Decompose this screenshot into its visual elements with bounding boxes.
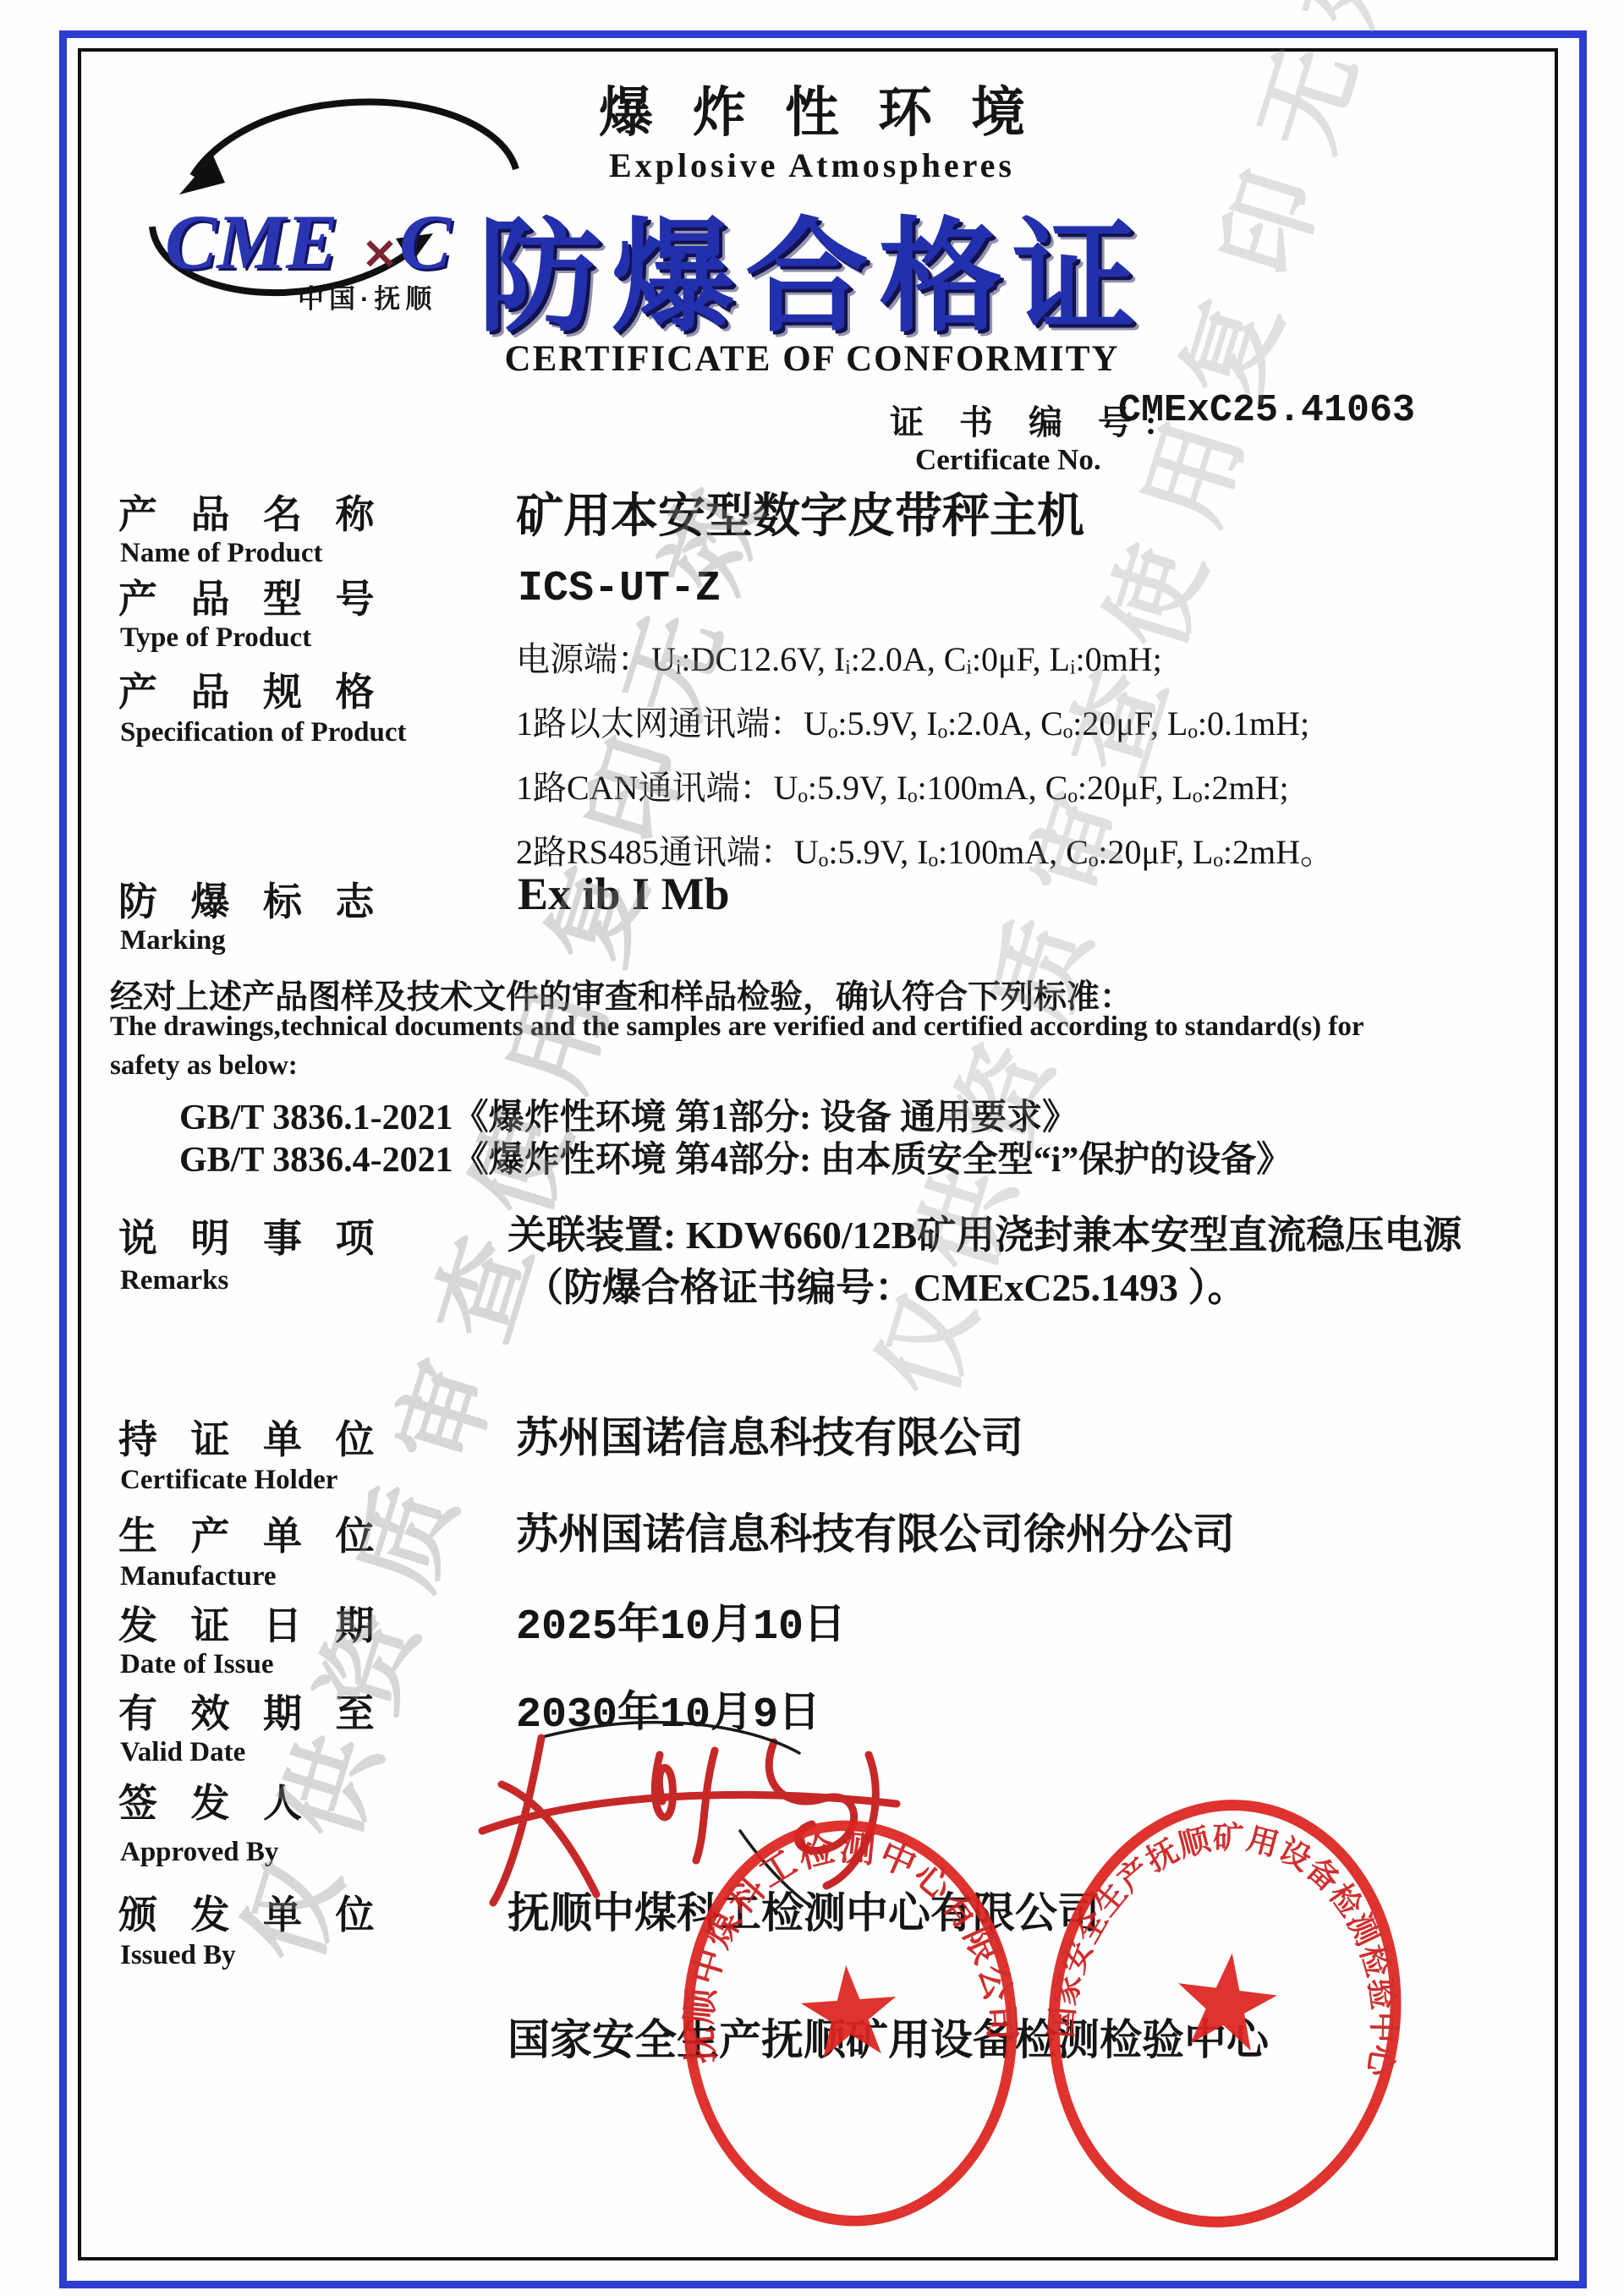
cert-no-value: CMExC25.41063 xyxy=(1118,389,1415,432)
label-holder-cn: 持 证 单 位 xyxy=(118,1409,387,1465)
value-product-type: ICS-UT-Z xyxy=(518,565,721,613)
label-approved-by-cn: 签 发 人 xyxy=(118,1773,314,1828)
stamp-fushun-cctec: 抚顺中煤科工检测中心有限公司 xyxy=(658,1798,1042,2249)
label-manufacture-en: Manufacture xyxy=(120,1561,277,1592)
label-remarks-cn: 说 明 事 项 xyxy=(118,1208,387,1263)
label-issued-by-en: Issued By xyxy=(120,1940,236,1971)
main-title-en: CERTIFICATE OF CONFORMITY xyxy=(237,338,1387,380)
label-issue-date-en: Date of Issue xyxy=(120,1649,273,1680)
spec-line: 电源端：Uᵢ:DC12.6V, Iᵢ:2.0A, Cᵢ:0μF, Lᵢ:0mH; xyxy=(516,627,1334,692)
cert-no-label-en: Certificate No. xyxy=(915,443,1101,477)
header: 爆炸性环境 Explosive Atmospheres 防爆合格证 CERTIF… xyxy=(237,0,1387,397)
label-marking-en: Marking xyxy=(120,925,226,956)
statement-en-line2: safety as below: xyxy=(110,1050,298,1082)
label-issue-date-cn: 发 证 日 期 xyxy=(118,1595,387,1651)
svg-text:国家安全生产抚顺矿用设备检测检验中心: 国家安全生产抚顺矿用设备检测检验中心 xyxy=(1042,1799,1425,2080)
label-spec-cn: 产 品 规 格 xyxy=(118,661,387,717)
label-product-type-cn: 产 品 型 号 xyxy=(118,568,387,624)
label-product-name-cn: 产 品 名 称 xyxy=(118,484,387,540)
value-manufacture: 苏州国诺信息科技有限公司徐州分公司 xyxy=(516,1500,1235,1561)
spec-line: 1路CAN通讯端：Uₒ:5.9V, Iₒ:100mA, Cₒ:20μF, Lₒ:… xyxy=(516,756,1334,820)
remarks-line1: 关联装置: KDW660/12B矿用浇封兼本安型直流稳压电源 xyxy=(507,1204,1462,1260)
value-marking: Ex ib I Mb xyxy=(518,868,730,920)
stamp-national-mining-center: 国家安全生产抚顺矿用设备检测检验中心 xyxy=(1013,1773,1436,2254)
label-marking-cn: 防 爆 标 志 xyxy=(118,871,387,927)
label-valid-date-en: Valid Date xyxy=(120,1737,245,1768)
main-title-cn: 防爆合格证 xyxy=(237,178,1387,355)
label-issued-by-cn: 颁 发 单 位 xyxy=(118,1884,387,1940)
value-issue-date: 2025年10月10日 xyxy=(516,1590,846,1652)
statement-en-line1: The drawings,technical documents and the… xyxy=(110,1011,1363,1043)
label-product-type-en: Type of Product xyxy=(120,622,311,654)
remarks-line2: （防爆合格证书编号：CMExC25.1493 ）。 xyxy=(524,1257,1247,1312)
label-manufacture-cn: 生 产 单 位 xyxy=(118,1505,387,1561)
stamp-text: 国家安全生产抚顺矿用设备检测检验中心 xyxy=(1042,1799,1425,2080)
value-product-name: 矿用本安型数字皮带秤主机 xyxy=(516,479,1084,546)
certificate-page: CME ✕ C 中国·抚顺 爆炸性环境 Explosive Atmosphere… xyxy=(0,0,1624,2296)
label-product-name-en: Name of Product xyxy=(120,538,323,569)
standard-line: GB/T 3836.4-2021《爆炸性环境 第4部分: 由本质安全型“i”保护… xyxy=(179,1132,1292,1182)
spec-lines: 电源端：Uᵢ:DC12.6V, Iᵢ:2.0A, Cᵢ:0μF, Lᵢ:0mH;… xyxy=(516,627,1334,885)
label-holder-en: Certificate Holder xyxy=(120,1465,337,1496)
label-valid-date-cn: 有 效 期 至 xyxy=(118,1683,387,1739)
label-spec-en: Specification of Product xyxy=(120,717,407,748)
label-approved-by-en: Approved By xyxy=(120,1837,278,1868)
value-holder: 苏州国诺信息科技有限公司 xyxy=(516,1404,1023,1465)
spec-line: 1路以太网通讯端：Uₒ:5.9V, Iₒ:2.0A, Cₒ:20μF, Lₒ:0… xyxy=(516,692,1334,756)
title-cn-small: 爆炸性环境 xyxy=(237,69,1387,147)
label-remarks-en: Remarks xyxy=(120,1265,228,1296)
